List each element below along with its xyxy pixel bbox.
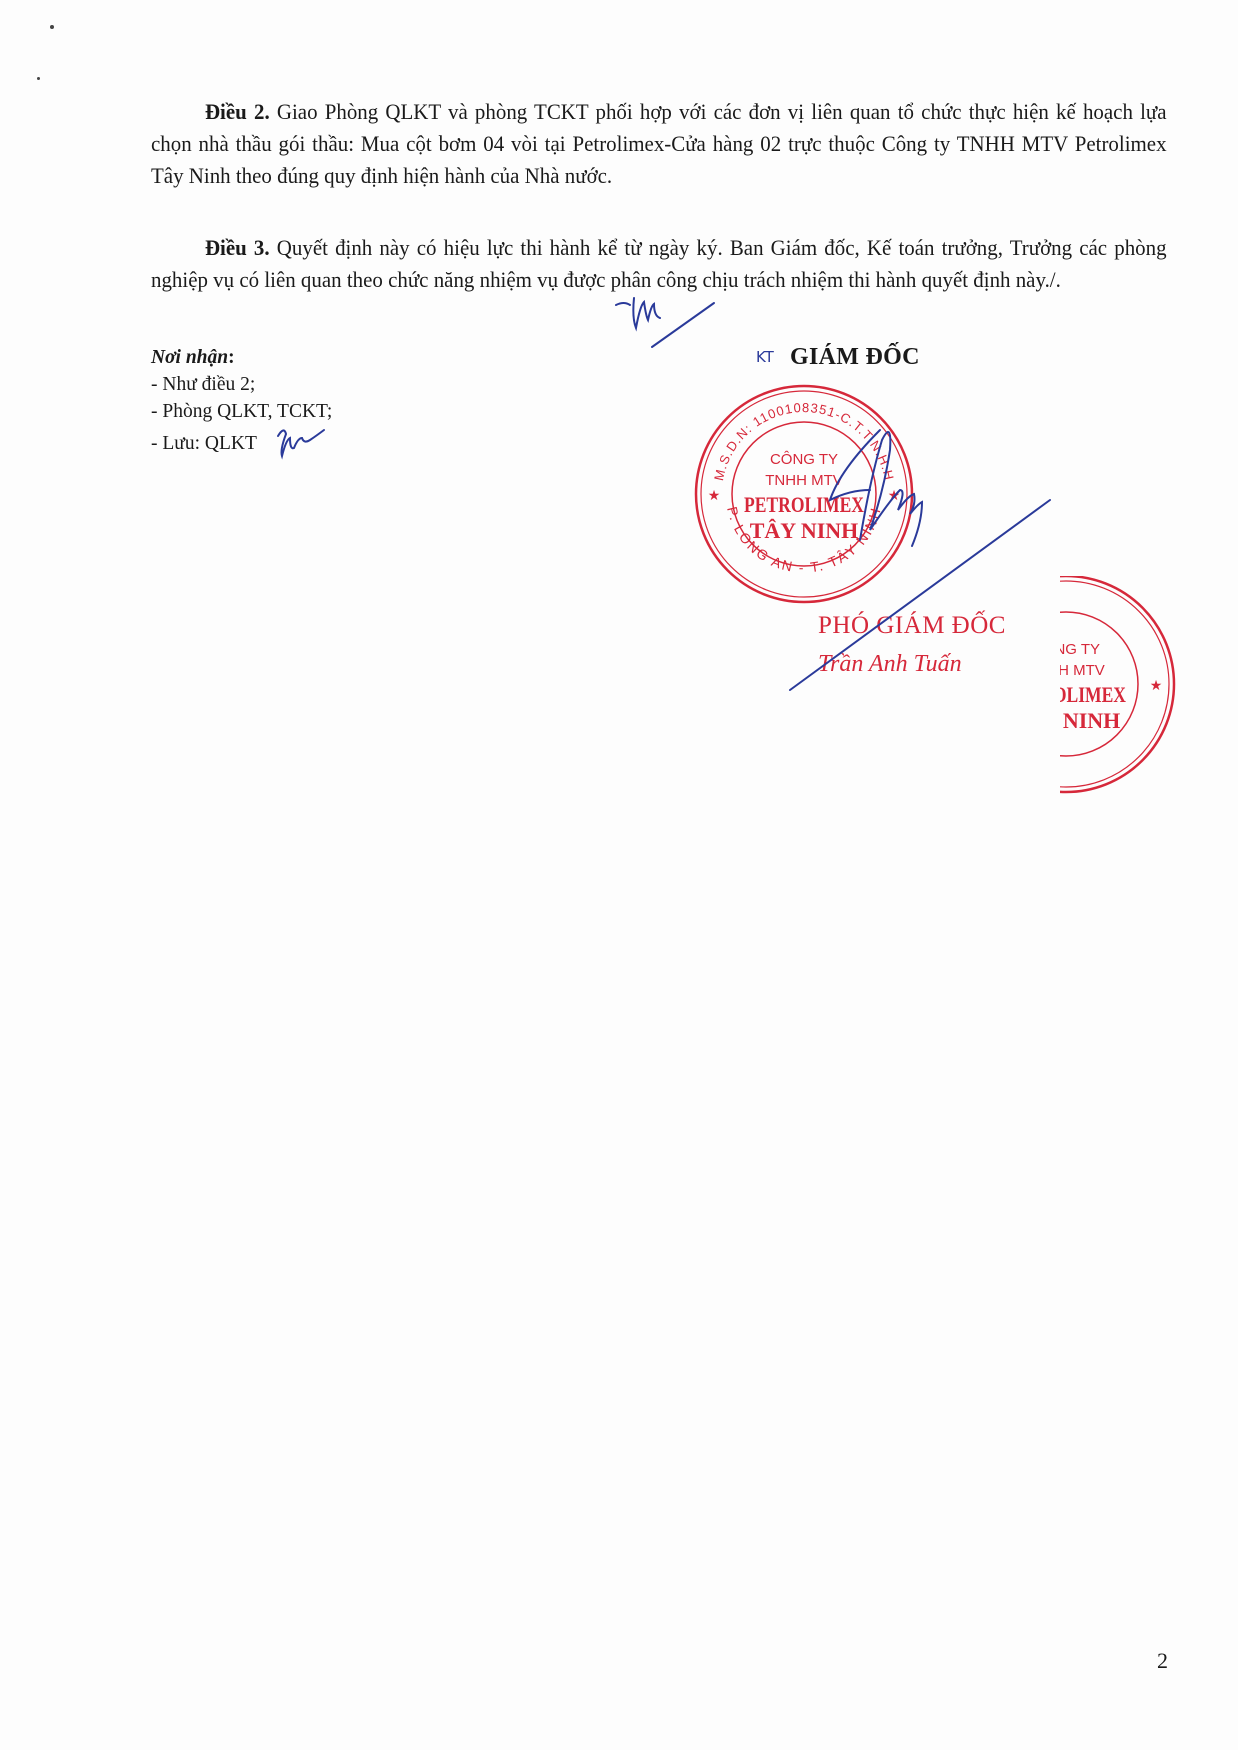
recipient-item: - Phòng QLKT, TCKT; (151, 398, 332, 425)
svg-text:★: ★ (708, 489, 721, 504)
recipient-item: - Lưu: QLKT (151, 430, 332, 457)
recipients-title: Nơi nhận (151, 347, 228, 368)
page-number: 2 (1157, 1648, 1168, 1674)
signature-prefix: KT (756, 348, 774, 366)
svg-text:PETROLIMEX: PETROLIMEX (1060, 682, 1126, 707)
svg-text:★: ★ (888, 489, 901, 504)
article-2-label: Điều 2. (205, 99, 270, 124)
company-stamp: M.S.D.N: 1100108351-C.T.T.N.H.H P. LONG … (692, 382, 916, 606)
stamp-line1: CÔNG TY (770, 451, 838, 468)
stamp-outer-text: M.S.D.N: 1100108351-C.T.T.N.H.H (711, 400, 897, 482)
stamp-line3: PETROLIMEX (744, 492, 864, 517)
stamp-line4: TÂY NINH (750, 518, 859, 543)
recipient-item: - Như điều 2; (151, 371, 332, 398)
article-2-text: Giao Phòng QLKT và phòng TCKT phối hợp v… (151, 99, 1167, 188)
company-stamp-partial: ★ PETROLIMEX TÂY NINH CÔNG TY TNHH MTV (1060, 576, 1210, 796)
recipients-colon: : (228, 347, 235, 368)
svg-text:★: ★ (1150, 679, 1163, 694)
article-3-text: Quyết định này có hiệu lực thi hành kể t… (151, 235, 1167, 292)
svg-text:TNHH MTV: TNHH MTV (1060, 662, 1105, 679)
svg-text:TÂY NINH: TÂY NINH (1060, 708, 1120, 733)
recipients-block: Nơi nhận: - Như điều 2; - Phòng QLKT, TC… (151, 344, 332, 457)
svg-text:M.S.D.N: 1100108351-C.T.T.N.H.: M.S.D.N: 1100108351-C.T.T.N.H.H (711, 400, 897, 482)
article-2: Điều 2. Giao Phòng QLKT và phòng TCKT ph… (151, 96, 1167, 192)
document-page: Điều 2. Giao Phòng QLKT và phòng TCKT ph… (0, 0, 1238, 1750)
signer-name: Trần Anh Tuấn (818, 651, 962, 678)
article-3-label: Điều 3. (205, 235, 270, 260)
stamp-line2: TNHH MTV (765, 472, 843, 489)
article-3: Điều 3. Quyết định này có hiệu lực thi h… (151, 232, 1167, 296)
signer-position: PHÓ GIÁM ĐỐC (818, 612, 1006, 640)
svg-text:CÔNG TY: CÔNG TY (1060, 641, 1100, 658)
signature-title: GIÁM ĐỐC (790, 344, 920, 371)
